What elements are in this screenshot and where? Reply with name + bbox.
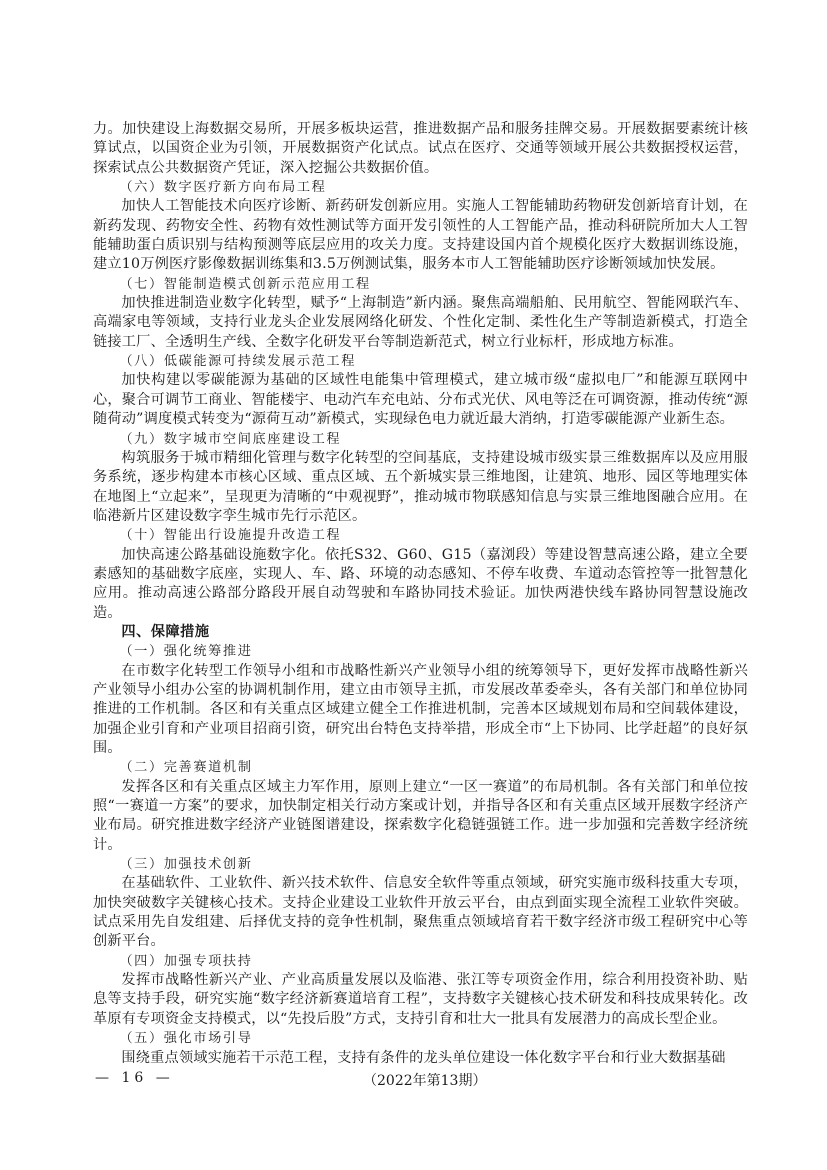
paragraph-measure-2: 发挥各区和有关重点区域主力军作用，原则上建立“一区一赛道”的布局机制。各有关部门… — [93, 778, 748, 855]
subheading-measure-2: （二）完善赛道机制 — [93, 758, 748, 777]
subheading-measure-1: （一）强化统筹推进 — [93, 642, 748, 661]
document-page: 力。加快建设上海数据交易所，开展多板块运营，推进数据产品和服务挂牌交易。开展数据… — [93, 120, 748, 1068]
subheading-measure-3: （三）加强技术创新 — [93, 855, 748, 874]
paragraph-measure-1: 在市数字化转型工作领导小组和市战略性新兴产业领导小组的统筹领导下，更好发挥市战略… — [93, 662, 748, 759]
paragraph-project-8: 加快构建以零碳能源为基础的区域性电能集中管理模式，建立城市级“虚拟电厂”和能源互… — [93, 371, 748, 429]
page-footer: — 16 — （2022年第13期） — [93, 1070, 748, 1090]
paragraph-continuation: 力。加快建设上海数据交易所，开展多板块运营，推进数据产品和服务挂牌交易。开展数据… — [93, 120, 748, 178]
subheading-project-10: （十）智能出行设施提升改造工程 — [93, 526, 748, 545]
paragraph-measure-5: 围绕重点领域实施若干示范工程，支持有条件的龙头单位建设一体化数字平台和行业大数据… — [93, 1049, 748, 1068]
paragraph-project-10: 加快高速公路基础设施数字化。依托S32、G60、G15（嘉浏段）等建设智慧高速公… — [93, 546, 748, 623]
subheading-project-6: （六）数字医疗新方向布局工程 — [93, 178, 748, 197]
page-number: — 16 — — [95, 1070, 174, 1086]
paragraph-measure-4: 发挥市战略性新兴产业、产业高质量发展以及临港、张江等专项资金作用，综合利用投资补… — [93, 971, 748, 1029]
subheading-project-9: （九）数字城市空间底座建设工程 — [93, 430, 748, 449]
paragraph-project-9: 构筑服务于城市精细化管理与数字化转型的空间基底，支持建设城市级实景三维数据库以及… — [93, 449, 748, 526]
subheading-project-8: （八）低碳能源可持续发展示范工程 — [93, 352, 748, 371]
paragraph-project-6: 加快人工智能技术向医疗诊断、新药研发创新应用。实施人工智能辅助药物研发创新培育计… — [93, 197, 748, 274]
subheading-project-7: （七）智能制造模式创新示范应用工程 — [93, 275, 748, 294]
subheading-measure-4: （四）加强专项扶持 — [93, 952, 748, 971]
section-title-safeguards: 四、保障措施 — [93, 623, 748, 642]
paragraph-project-7: 加快推进制造业数字化转型，赋予“上海制造”新内涵。聚焦高端船舶、民用航空、智能网… — [93, 294, 748, 352]
subheading-measure-5: （五）强化市场引导 — [93, 1029, 748, 1048]
issue-label: （2022年第13期） — [363, 1070, 486, 1090]
paragraph-measure-3: 在基础软件、工业软件、新兴技术软件、信息安全软件等重点领域，研究实施市级科技重大… — [93, 874, 748, 951]
